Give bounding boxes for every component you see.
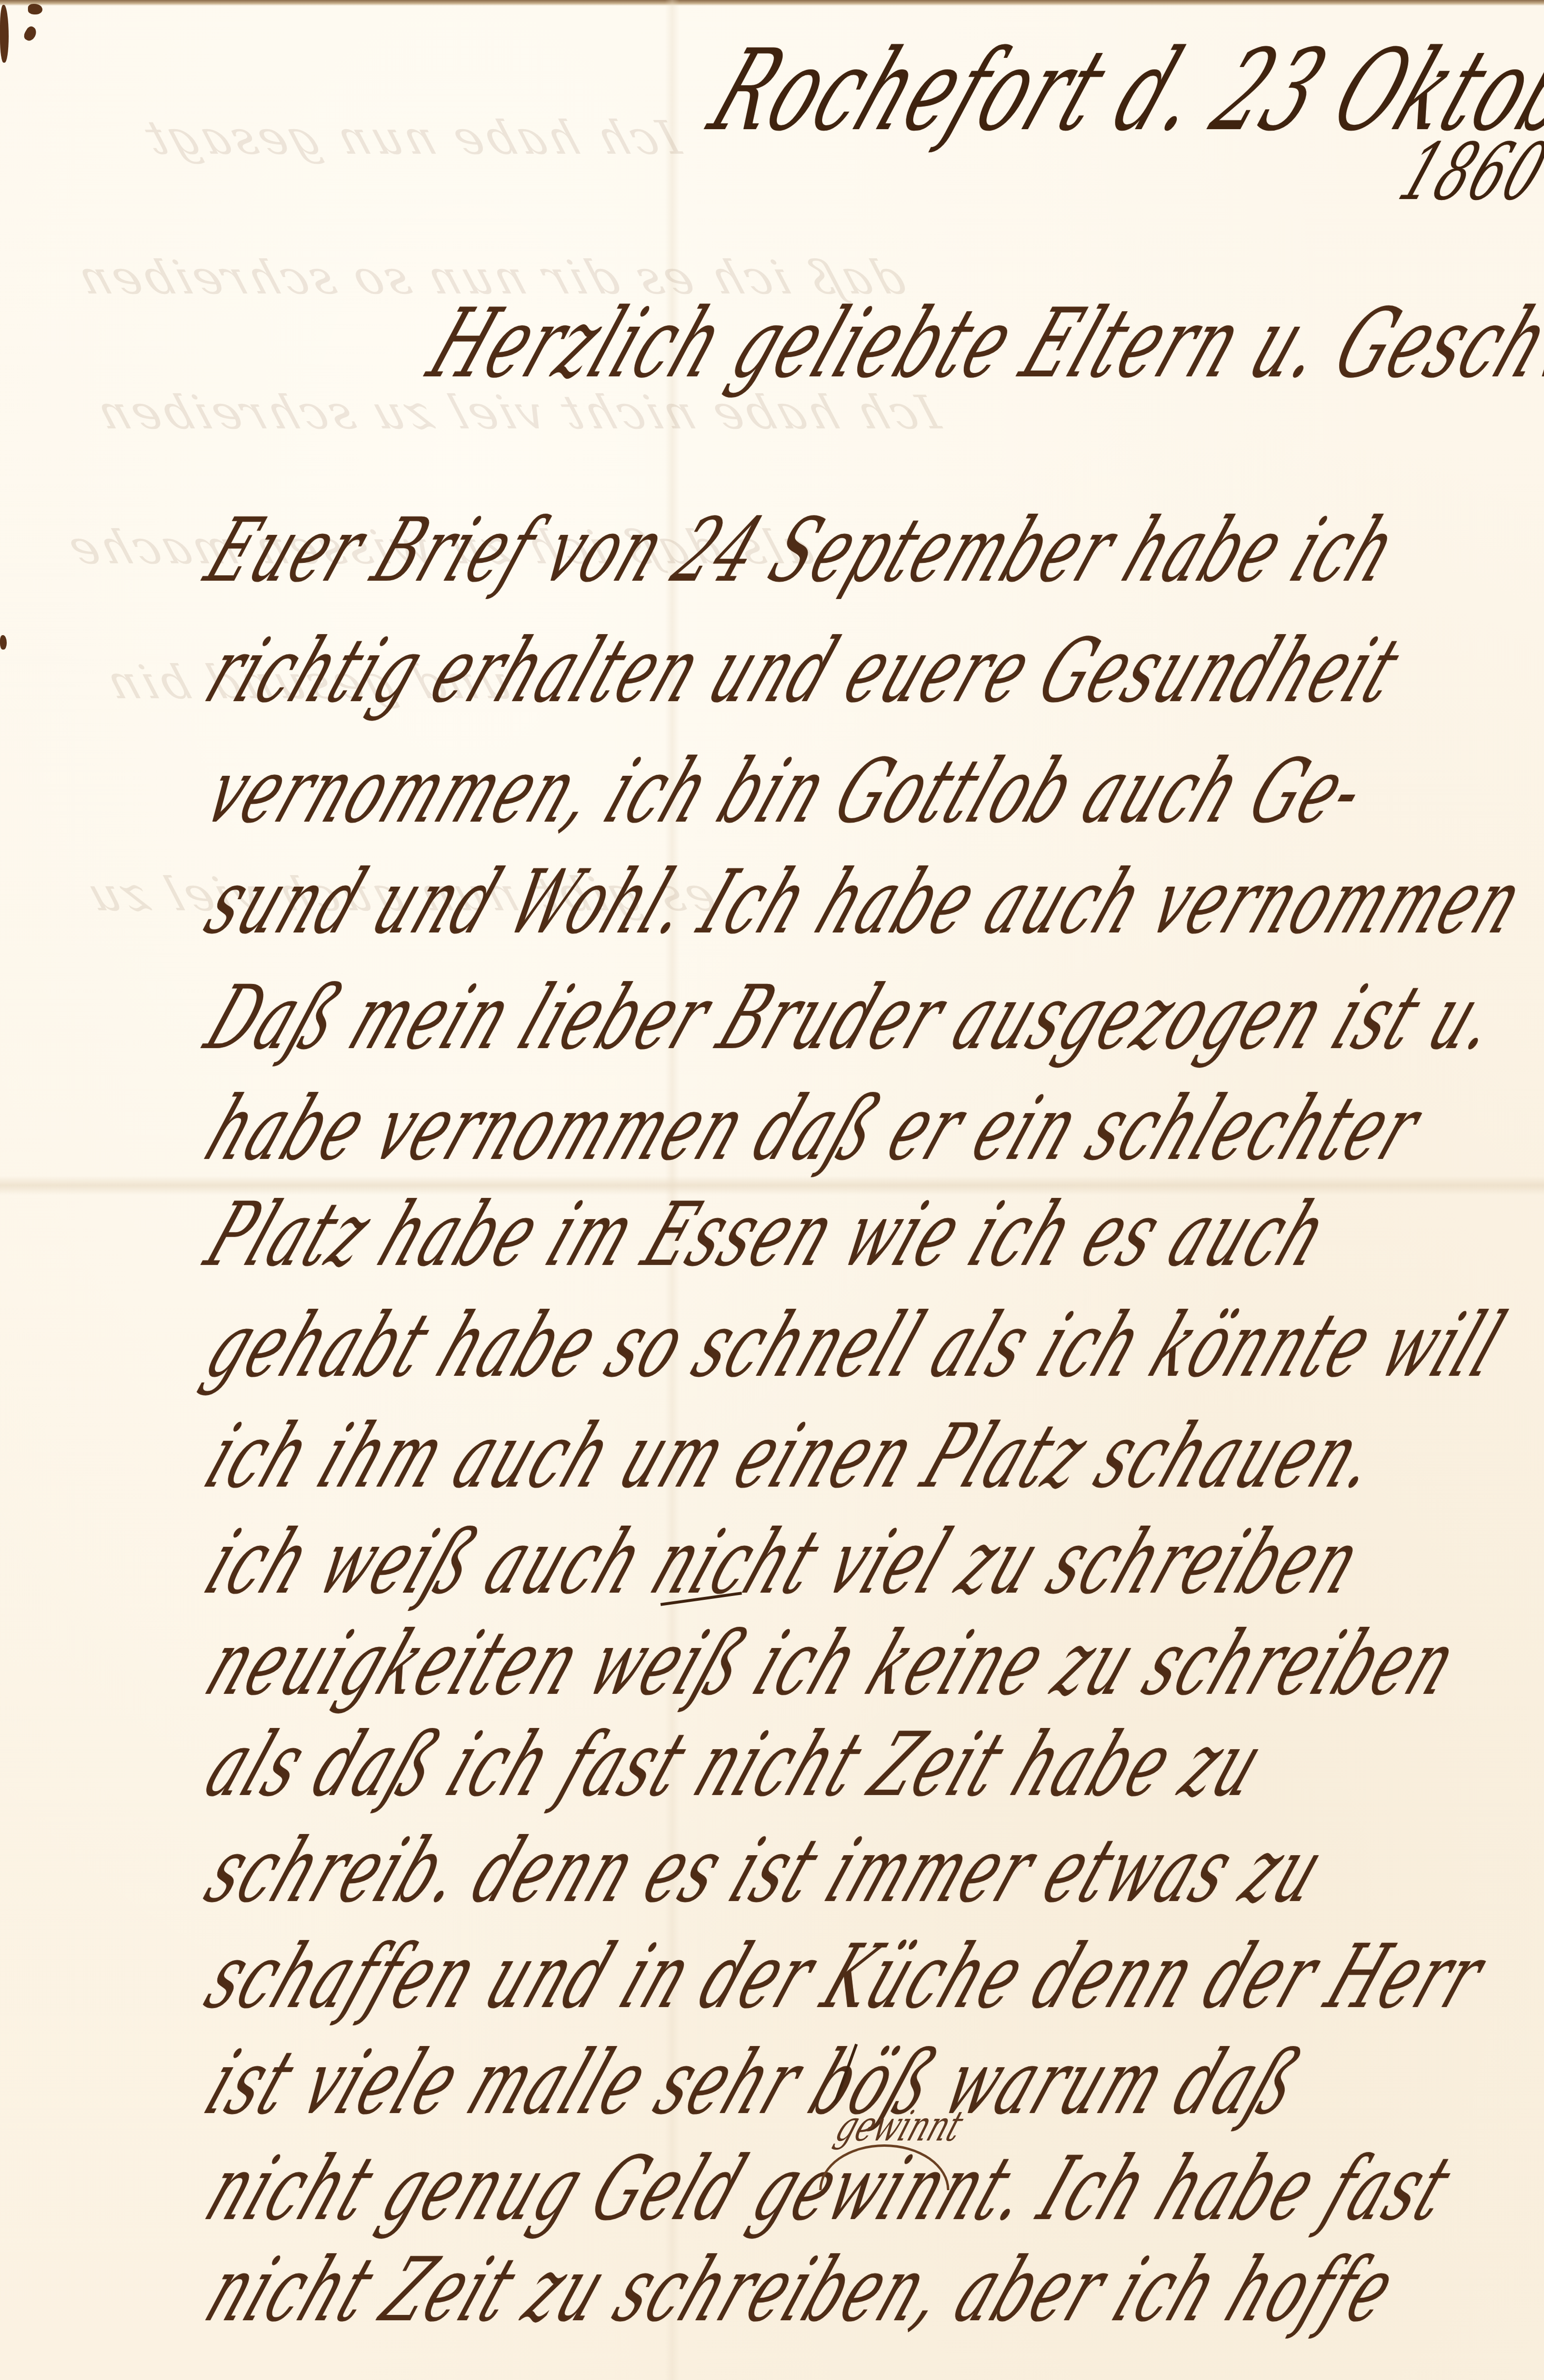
letter-line: ist viele malle sehr böß warum daß bbox=[193, 2031, 1316, 2134]
bleed-through-text: Ich habe nun gesagt bbox=[136, 111, 687, 165]
paper-top-edge bbox=[0, 0, 1544, 6]
letter-line: habe vernommen daß er ein schlechter bbox=[193, 1077, 1436, 1180]
letter-line: sund und Wohl. Ich habe auch vernommen bbox=[193, 850, 1539, 953]
letter-line: Daß mein lieber Bruder ausgezogen ist u. bbox=[193, 966, 1516, 1069]
letter-line: Platz habe im Essen wie ich es auch bbox=[193, 1183, 1344, 1286]
letter-line: gehabt habe so schnell als ich könnte wi… bbox=[193, 1293, 1519, 1396]
letter-line: vernommen, ich bin Gottlob auch Ge- bbox=[193, 739, 1382, 842]
letter-line: neuigkeiten weiß ich keine zu schreiben bbox=[193, 1611, 1473, 1715]
letter-salutation: Herzlich geliebte Eltern u. Geschw. bbox=[414, 288, 1544, 399]
letter-place-date: Rochefort d. 23 Oktober bbox=[694, 26, 1544, 156]
ink-stain bbox=[22, 25, 39, 43]
letter-line: ich weiß auch nicht viel zu schreiben bbox=[193, 1510, 1376, 1613]
letter-line: als daß ich fast nicht Zeit habe zu bbox=[193, 1713, 1279, 1816]
ink-stain bbox=[0, 5, 9, 63]
letter-line: Euer Brief von 24 September habe ich bbox=[193, 498, 1412, 601]
letter-line: richtig erhalten und euere Gesundheit bbox=[193, 619, 1416, 722]
letter-line: schaffen und in der Küche denn der Herr bbox=[193, 1925, 1500, 2028]
interlinear-insertion: gewinnt bbox=[829, 2101, 970, 2150]
letter-line: schreib. denn es ist immer etwas zu bbox=[193, 1819, 1340, 1922]
ink-stain bbox=[0, 635, 7, 650]
letter-page: Ich habe nun gesagt daß ich es dir nun s… bbox=[0, 0, 1544, 2380]
letter-line: ich ihm auch um einen Platz schauen. bbox=[193, 1404, 1396, 1507]
ink-stain bbox=[28, 4, 42, 14]
letter-line: nicht Zeit zu schreiben, aber ich hoffe bbox=[193, 2238, 1411, 2341]
